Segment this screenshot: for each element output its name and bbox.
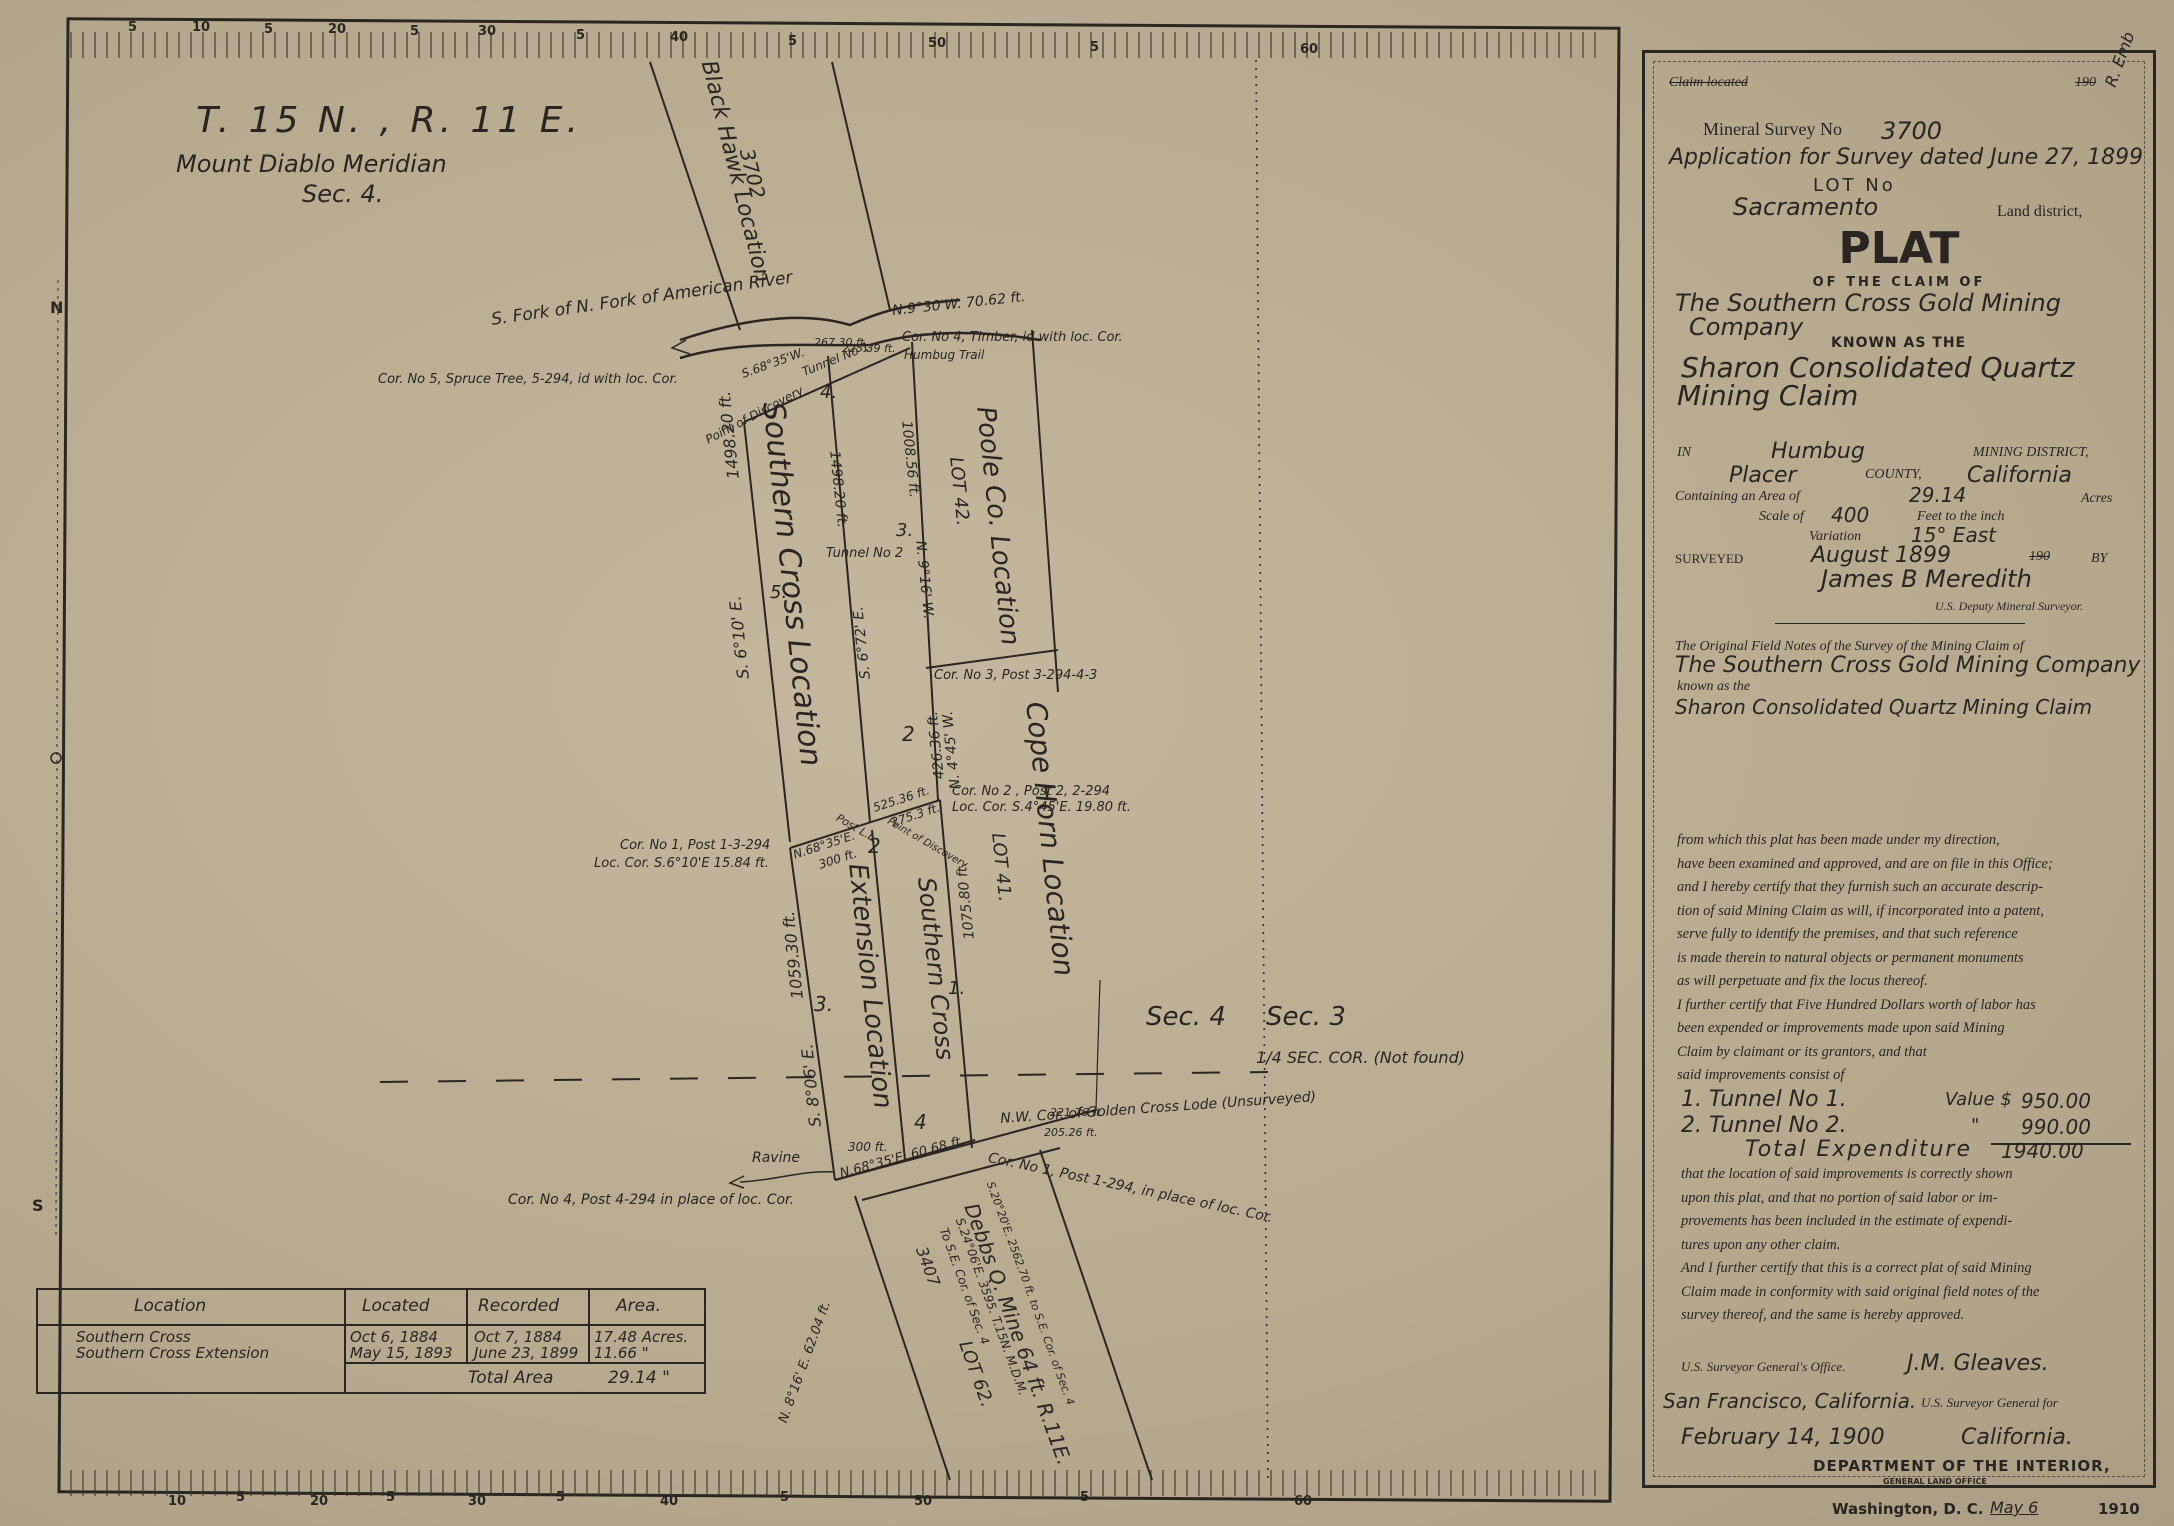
improvement-1-value: 950.00 [2021,1089,2091,1113]
meridian-label: Mount Diablo Meridian [176,150,447,178]
improvement-2-value-label: " [1971,1115,1979,1136]
distance-205: 205.26 ft. [1044,1126,1098,1139]
ravine-label: Ravine [752,1150,800,1166]
application-date: Application for Survey dated June 27, 18… [1669,145,2143,170]
north-indicator: N [50,298,63,317]
claim-name-line-2: Mining Claim [1677,379,1858,412]
corner-2a: 2 [902,722,915,746]
plat-title-block: Claim located 190 R. Emb Mineral Survey … [1642,50,2156,1488]
acres-label: Acres [2081,491,2112,507]
cor2-loc: Loc. Cor. S.4°45'E. 19.80 ft. [952,800,1131,815]
survey-label: Mineral Survey No [1703,119,1842,140]
stamp-city: Washington, D. C. [1832,1500,1983,1518]
county-label: COUNTY, [1865,467,1922,483]
cor1-loc: Loc. Cor. S.6°10'E 15.84 ft. [594,856,769,871]
county-value: Placer [1729,463,1797,488]
section-label: Sec. 4. [302,180,383,208]
mining-district-label: MINING DISTRICT, [1973,445,2089,461]
approval-date: February 14, 1900 [1681,1425,1885,1450]
table-row-recorded: June 23, 1899 [474,1344,578,1362]
total-expenditure-label: Total Expenditure [1745,1137,1972,1162]
sec4-label: Sec. 4 [1146,1002,1226,1032]
improvement-2-value: 990.00 [2021,1115,2091,1139]
cor3-label: Cor. No 3, Post 3-294-4-3 [934,668,1097,683]
stamp-date: May 6 [1990,1498,2038,1517]
corner-4b: 4 [914,1110,927,1134]
total-expenditure-value: 1940.00 [2001,1139,2084,1163]
cor4-label: Cor. No 4, Timber, id with loc. Cor. [902,330,1123,345]
improvement-1: 1. Tunnel No 1. [1681,1087,1847,1112]
improvement-1-value-label: Value $ [1945,1089,2012,1110]
table-row-area: 11.66 " [594,1344,649,1362]
cor2-label: Cor. No 2 , Post 2, 2-294 [952,784,1110,799]
table-header-recorded: Recorded [478,1296,559,1316]
surveyed-label: SURVEYED [1675,551,1743,567]
cor1-label: Cor. No 1, Post 1-3-294 [620,838,770,853]
known-as-the-label: known as the [1677,679,1750,695]
survey-number: 3700 [1881,117,1942,145]
surveyor-name: James B Meredith [1821,565,2032,593]
distance-221: 221.76 ft. [1050,1106,1104,1119]
by-label: BY [2091,551,2107,567]
corner-1: 1. [948,978,965,999]
field-notes-claimant: The Southern Cross Gold Mining Company [1675,653,2140,678]
year-struck: 190 [2075,75,2096,91]
improvement-2: 2. Tunnel No 2. [1681,1113,1847,1138]
distance-300b: 300 ft. [848,1140,887,1154]
tunnel-2-label: Tunnel No 2 [826,546,903,561]
signer-title: U.S. Surveyor General for [1921,1395,2058,1411]
table-header-location: Location [134,1296,206,1316]
office-label: U.S. Surveyor General's Office. [1681,1359,1846,1375]
office-city: San Francisco, California. [1663,1389,1916,1413]
field-notes-claim: Sharon Consolidated Quartz Mining Claim [1675,695,2092,719]
corner-3b: 3. [814,992,833,1016]
of-the-claim-label: OF THE CLAIM OF [1645,275,2153,290]
claimant-line-2: Company [1689,313,1803,341]
south-indicator: S [32,1196,44,1215]
table-header-located: Located [362,1296,430,1316]
table-row-location: Southern Cross Extension [76,1344,269,1362]
area-value: 29.14 [1909,483,1966,507]
sec3-label: Sec. 3 [1266,1002,1346,1032]
distance-225: 225.39 ft. [842,342,896,355]
land-office: Sacramento [1733,193,1878,221]
total-area-value: 29.14 " [608,1368,670,1388]
plat-title: PLAT [1645,223,2153,274]
scale-value: 400 [1831,503,1869,527]
land-district-label: Land district, [1997,203,2082,221]
signer-name: J.M. Gleaves. [1907,1351,2049,1376]
scale-label: Scale of [1759,509,1804,525]
corner-3: 3. [896,520,913,541]
stamp-department: DEPARTMENT OF THE INTERIOR, [1813,1457,2111,1475]
quarter-corner-label: 1/4 SEC. COR. (Not found) [1256,1048,1465,1067]
cor4-bottom-label: Cor. No 4, Post 4-294 in place of loc. C… [508,1192,794,1208]
table-row-located: May 15, 1893 [350,1344,453,1362]
humbug-trail-label: Humbug Trail [904,348,984,362]
area-label: Containing an Area of [1675,489,1800,505]
corner-2b: 2 [868,834,881,858]
certification-text: from which this plat has been made under… [1677,829,2053,1088]
corner-5: 5. [770,582,787,603]
certification-text-2: that the location of said improvements i… [1681,1163,2039,1328]
cor5-label: Cor. No 5, Spruce Tree, 5-294, id with l… [378,372,678,387]
claim-located-struck: Claim located [1669,75,1748,91]
in-label: IN [1677,445,1691,461]
stamp-year: 1910 [2098,1500,2140,1518]
total-area-label: Total Area [468,1368,553,1388]
corner-4-top: 4. [820,382,837,403]
stamp-office: GENERAL LAND OFFICE [1883,1477,1987,1486]
location-table: Location Located Recorded Area. Southern… [36,1288,706,1394]
surveyed-year-struck: 190 [2029,549,2050,565]
surveyor-title: U.S. Deputy Mineral Surveyor. [1935,599,2083,614]
known-as-label: KNOWN AS THE [1831,335,1966,351]
table-header-area: Area. [616,1296,661,1316]
township-heading: T. 15 N. , R. 11 E. [196,100,582,141]
signer-state: California. [1961,1425,2073,1450]
state-value: California [1967,463,2072,488]
mining-district-value: Humbug [1771,439,1865,464]
